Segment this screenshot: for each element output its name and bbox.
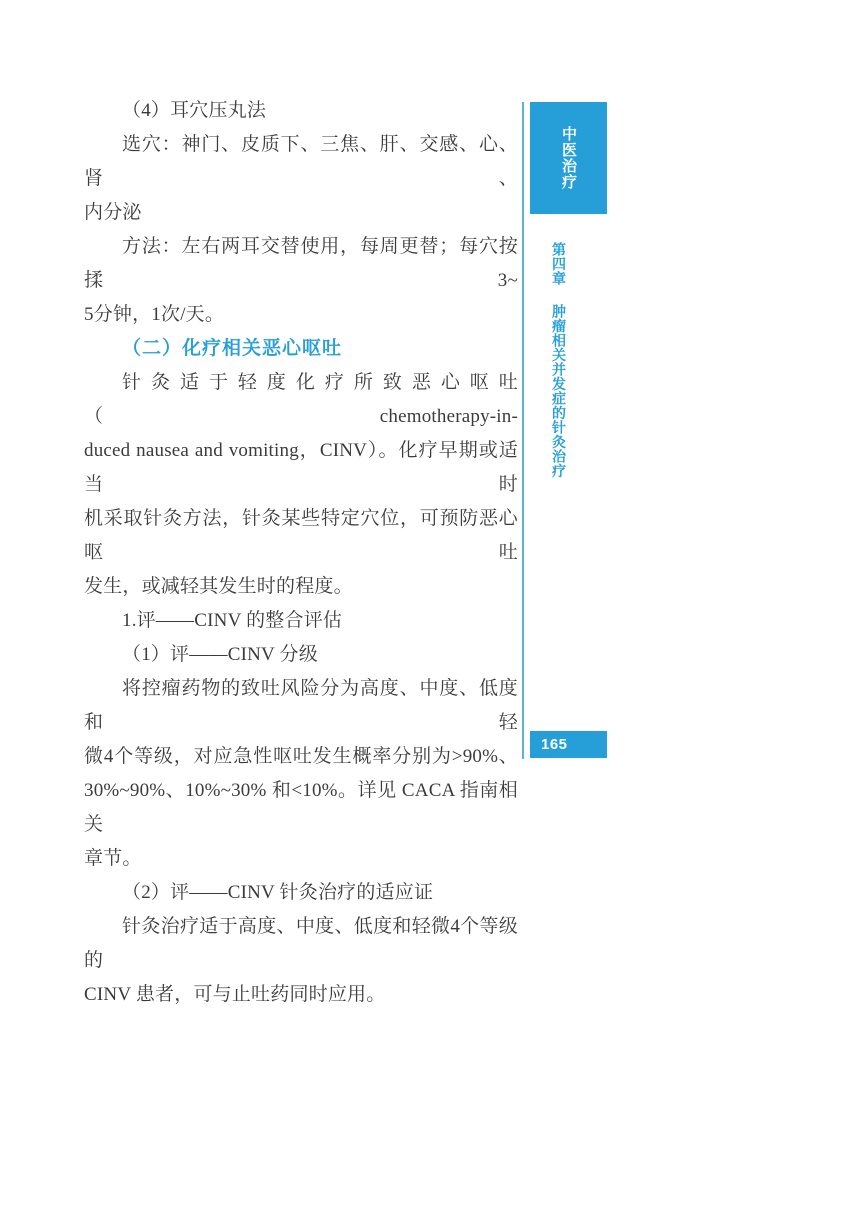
- page-number-badge: 165: [530, 731, 607, 758]
- text-line: 针灸治疗适于高度、中度、低度和轻微4个等级的: [84, 910, 518, 978]
- text-line: 5分钟，1次/天。: [84, 298, 518, 332]
- chapter-number: 第四章: [551, 242, 567, 286]
- list-item-heading: （2）评——CINV 针灸治疗的适应证: [84, 876, 518, 910]
- text-line: CINV 患者，可与止吐药同时应用。: [84, 978, 518, 1012]
- chapter-marker: 第四章肿瘤相关并发症的针灸治疗: [549, 242, 569, 712]
- text-line: 针灸适于轻度化疗所致恶心呕吐（chemotherapy-in-: [84, 366, 518, 434]
- page-number: 165: [541, 736, 568, 753]
- text-line: 将控瘤药物的致吐风险分为高度、中度、低度和轻: [84, 672, 518, 740]
- book-page: （4）耳穴压丸法 选穴：神门、皮质下、三焦、肝、交感、心、肾、 内分泌 方法：左…: [0, 0, 867, 1218]
- sidebar-tab-label: 中医治疗: [558, 126, 579, 190]
- sidebar-tab: 中医治疗: [530, 102, 607, 214]
- text-line: 发生，或减轻其发生时的程度。: [84, 570, 518, 604]
- section-heading: （二）化疗相关恶心呕吐: [84, 332, 518, 366]
- text-line: 机采取针灸方法，针灸某些特定穴位，可预防恶心呕吐: [84, 502, 518, 570]
- sidebar-rule: [522, 102, 524, 759]
- text-line: 章节。: [84, 842, 518, 876]
- list-item-heading: 1.评——CINV 的整合评估: [84, 604, 518, 638]
- text-line: 微4个等级，对应急性呕吐发生概率分别为>90%、: [84, 740, 518, 774]
- text-line: 选穴：神门、皮质下、三焦、肝、交感、心、肾、: [84, 128, 518, 196]
- chapter-title: 肿瘤相关并发症的针灸治疗: [551, 304, 567, 478]
- text-line: 方法：左右两耳交替使用，每周更替；每穴按揉3~: [84, 230, 518, 298]
- text-line: 内分泌: [84, 196, 518, 230]
- text-line: 30%~90%、10%~30% 和<10%。详见 CACA 指南相关: [84, 774, 518, 842]
- list-item-heading: （1）评——CINV 分级: [84, 638, 518, 672]
- main-text-column: （4）耳穴压丸法 选穴：神门、皮质下、三焦、肝、交感、心、肾、 内分泌 方法：左…: [84, 94, 518, 1012]
- text-line: （4）耳穴压丸法: [84, 94, 518, 128]
- text-line: duced nausea and vomiting，CINV）。化疗早期或适当时: [84, 434, 518, 502]
